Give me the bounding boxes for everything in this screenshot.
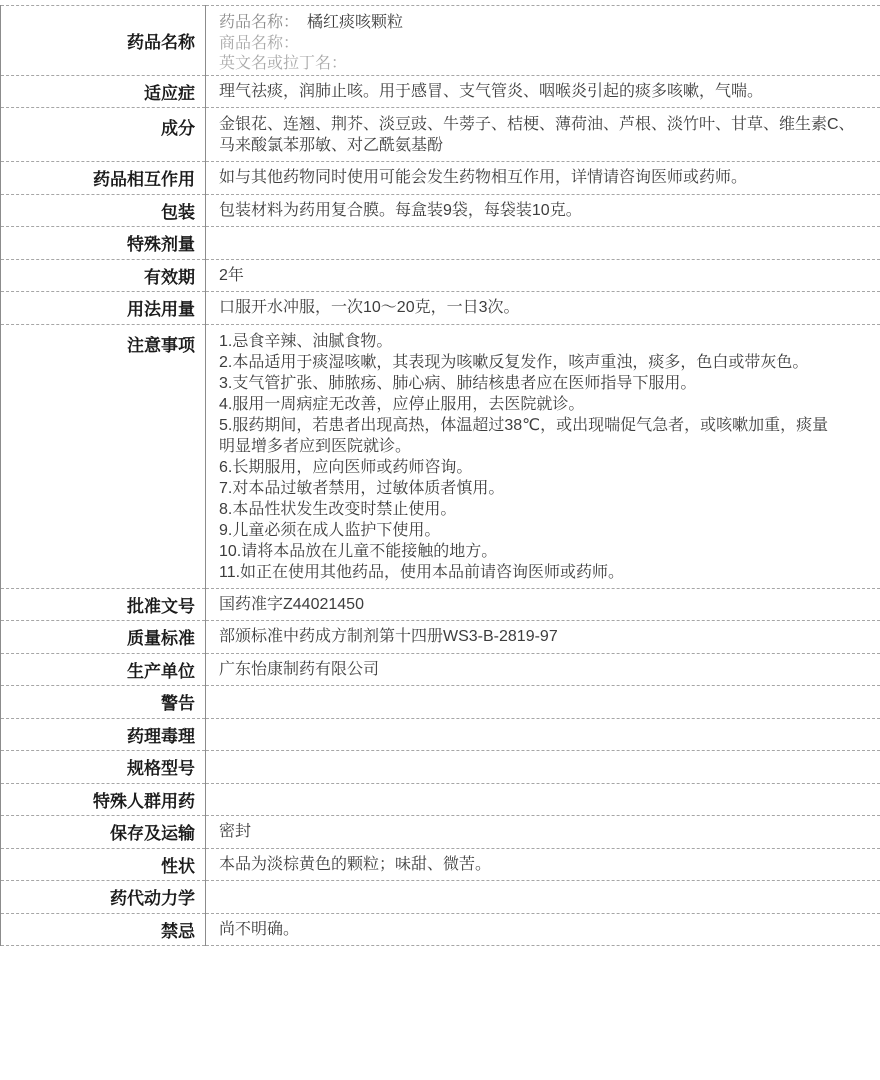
precaution-line: 3.支气管扩张、肺脓疡、肺心病、肺结核患者应在医师指导下服用。 [219,373,872,394]
precaution-line: 明显增多者应到医院就诊。 [219,436,872,457]
precaution-line: 4.服用一周病症无改善，应停止服用，去医院就诊。 [219,394,872,415]
row-value [206,718,880,751]
row-label: 性状 [1,848,206,881]
row-value: 口服开水冲服，一次10～20克，一日3次。 [206,292,880,325]
table-row-pharmacology-toxicology: 药理毒理 [1,718,880,751]
row-label: 警告 [1,686,206,719]
precaution-line: 7.对本品过敏者禁用，过敏体质者慎用。 [219,478,872,499]
table-row-specification: 规格型号 [1,751,880,784]
row-value [206,751,880,784]
table-row-packaging: 包装 包装材料为药用复合膜。每盒装9袋，每袋装10克。 [1,194,880,227]
row-label: 成分 [1,108,206,162]
table-row-drug-name: 药品名称 药品名称：橘红痰咳颗粒 商品名称： 英文名或拉丁名： [1,6,880,76]
row-value [206,783,880,816]
row-label: 包装 [1,194,206,227]
row-label: 有效期 [1,259,206,292]
table-row-description: 性状 本品为淡棕黄色的颗粒；味甜、微苦。 [1,848,880,881]
row-value: 1.忌食辛辣、油腻食物。 2.本品适用于痰湿咳嗽，其表现为咳嗽反复发作，咳声重浊… [206,324,880,588]
precaution-line: 11.如正在使用其他药品，使用本品前请咨询医师或药师。 [219,562,872,583]
row-label: 药品名称 [1,6,206,76]
table-row-special-populations: 特殊人群用药 [1,783,880,816]
latin-name-line: 英文名或拉丁名： [219,54,872,75]
table-row-quality-standard: 质量标准 部颁标准中药成方制剂第十四册WS3-B-2819-97 [1,621,880,654]
table-row-pharmacokinetics: 药代动力学 [1,881,880,914]
row-label: 药理毒理 [1,718,206,751]
row-value: 密封 [206,816,880,849]
table-row-precautions: 注意事项 1.忌食辛辣、油腻食物。 2.本品适用于痰湿咳嗽，其表现为咳嗽反复发作… [1,324,880,588]
drug-name-line: 药品名称：橘红痰咳颗粒 [219,13,872,34]
ingredients-line: 马来酸氯苯那敏、对乙酰氨基酚 [219,135,872,156]
row-label: 保存及运输 [1,816,206,849]
row-value: 广东怡康制药有限公司 [206,653,880,686]
row-label: 特殊剂量 [1,227,206,260]
row-value: 如与其他药物同时使用可能会发生药物相互作用，详情请咨询医师或药师。 [206,162,880,195]
row-value: 本品为淡棕黄色的颗粒；味甜、微苦。 [206,848,880,881]
row-label: 用法用量 [1,292,206,325]
row-label: 生产单位 [1,653,206,686]
row-value: 药品名称：橘红痰咳颗粒 商品名称： 英文名或拉丁名： [206,6,880,76]
ingredients-line: 金银花、连翘、荆芥、淡豆豉、牛蒡子、桔梗、薄荷油、芦根、淡竹叶、甘草、维生素C、 [219,114,872,135]
row-value: 包装材料为药用复合膜。每盒装9袋，每袋装10克。 [206,194,880,227]
drug-name-key: 药品名称： [219,14,299,31]
table-row-shelf-life: 有效期 2年 [1,259,880,292]
row-label: 特殊人群用药 [1,783,206,816]
row-label: 批准文号 [1,588,206,621]
table-row-contraindications: 禁忌 尚不明确。 [1,913,880,946]
row-label: 药代动力学 [1,881,206,914]
precaution-line: 10.请将本品放在儿童不能接触的地方。 [219,541,872,562]
precaution-line: 5.服药期间，若患者出现高热，体温超过38℃，或出现喘促气急者，或咳嗽加重，痰量 [219,415,872,436]
table-row-warning: 警告 [1,686,880,719]
row-label: 药品相互作用 [1,162,206,195]
row-value [206,227,880,260]
precaution-line: 2.本品适用于痰湿咳嗽，其表现为咳嗽反复发作，咳声重浊，痰多，色白或带灰色。 [219,352,872,373]
row-value: 2年 [206,259,880,292]
row-label: 规格型号 [1,751,206,784]
row-label: 注意事项 [1,324,206,588]
precaution-line: 8.本品性状发生改变时禁止使用。 [219,499,872,520]
table-row-dosage-usage: 用法用量 口服开水冲服，一次10～20克，一日3次。 [1,292,880,325]
precaution-line: 6.长期服用，应向医师或药师咨询。 [219,457,872,478]
drug-info-table: 药品名称 药品名称：橘红痰咳颗粒 商品名称： 英文名或拉丁名： 适应症 理气祛痰… [0,5,880,946]
row-value [206,686,880,719]
table-row-indications: 适应症 理气祛痰，润肺止咳。用于感冒、支气管炎、咽喉炎引起的痰多咳嗽，气喘。 [1,75,880,108]
trade-name-line: 商品名称： [219,34,872,55]
table-row-approval-number: 批准文号 国药准字Z44021450 [1,588,880,621]
row-label: 适应症 [1,75,206,108]
row-value: 尚不明确。 [206,913,880,946]
drug-name-value: 橘红痰咳颗粒 [299,14,403,31]
row-value: 理气祛痰，润肺止咳。用于感冒、支气管炎、咽喉炎引起的痰多咳嗽，气喘。 [206,75,880,108]
precaution-line: 1.忌食辛辣、油腻食物。 [219,331,872,352]
table-row-drug-interactions: 药品相互作用 如与其他药物同时使用可能会发生药物相互作用，详情请咨询医师或药师。 [1,162,880,195]
row-value: 国药准字Z44021450 [206,588,880,621]
table-row-storage-transport: 保存及运输 密封 [1,816,880,849]
table-row-manufacturer: 生产单位 广东怡康制药有限公司 [1,653,880,686]
row-label: 质量标准 [1,621,206,654]
table-row-special-dosage: 特殊剂量 [1,227,880,260]
row-value: 金银花、连翘、荆芥、淡豆豉、牛蒡子、桔梗、薄荷油、芦根、淡竹叶、甘草、维生素C、… [206,108,880,162]
precaution-line: 9.儿童必须在成人监护下使用。 [219,520,872,541]
row-value [206,881,880,914]
row-value: 部颁标准中药成方制剂第十四册WS3-B-2819-97 [206,621,880,654]
row-label: 禁忌 [1,913,206,946]
table-row-ingredients: 成分 金银花、连翘、荆芥、淡豆豉、牛蒡子、桔梗、薄荷油、芦根、淡竹叶、甘草、维生… [1,108,880,162]
